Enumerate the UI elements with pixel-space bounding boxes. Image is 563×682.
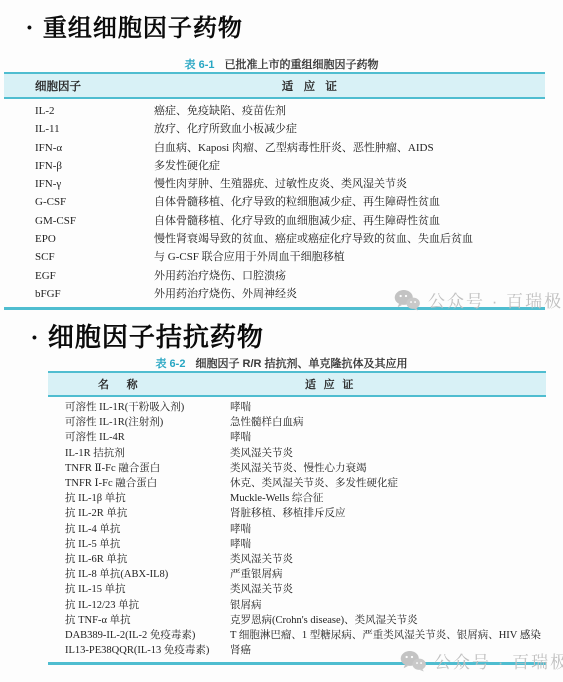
agent-name: 抗 TNF-α 单抗 xyxy=(48,613,230,628)
agent-name: 可溶性 IL-4R xyxy=(48,430,230,445)
table-cytokine-antagonists-mabs: 名称 适应证 可溶性 IL-1R(干粉吸入剂)哮喘 可溶性 IL-1R(注射剂)… xyxy=(48,371,546,665)
table2-caption-label: 表 6-2 xyxy=(155,358,185,370)
indication: 与 G-CSF 联合应用于外周血干细胞移植 xyxy=(154,248,545,266)
indication: 哮喘 xyxy=(230,522,546,537)
agent-name: 抗 IL-4 单抗 xyxy=(48,522,230,537)
indication: 外用药治疗烧伤、口腔溃疡 xyxy=(154,267,545,285)
cytokine-name: IL-2 xyxy=(4,102,154,120)
table1-caption-text: 已批准上市的重组细胞因子药物 xyxy=(224,59,378,71)
indication: 慢性肉芽肿、生殖器疣、过敏性皮炎、类风湿关节炎 xyxy=(154,175,545,193)
indication: 多发性硬化症 xyxy=(154,157,545,175)
agent-name: 可溶性 IL-1R(注射剂) xyxy=(48,415,230,430)
cytokine-name: SCF xyxy=(4,248,154,266)
watermark-text: 公众号 · 百瑞极 xyxy=(434,648,563,673)
agent-name: 抗 IL-6R 单抗 xyxy=(48,552,230,567)
table-row: EGF外用药治疗烧伤、口腔溃疡 xyxy=(4,267,545,285)
indication: 自体骨髓移植、化疗导致的血细胞减少症、再生障碍性贫血 xyxy=(154,212,545,230)
section-heading-label: 细胞因子拮抗药物 xyxy=(48,317,264,354)
table2-caption: 表 6-2细胞因子 R/R 拮抗剂、单克隆抗体及其应用 xyxy=(0,355,563,371)
wechat-icon xyxy=(394,289,420,311)
section-heading-label: 重组细胞因子药物 xyxy=(43,8,243,43)
table-row: TNFR Ⅱ-Fc 融合蛋白类风湿关节炎、慢性心力衰竭 xyxy=(48,461,546,476)
bullet-icon: • xyxy=(32,330,38,344)
table2-caption-text: 细胞因子 R/R 拮抗剂、单克隆抗体及其应用 xyxy=(195,358,407,370)
indication: 类风湿关节炎 xyxy=(230,552,546,567)
table-row: EPO慢性肾衰竭导致的贫血、癌症或癌症化疗导致的贫血、失血后贫血 xyxy=(4,230,545,248)
table-row: 抗 IL-4 单抗哮喘 xyxy=(48,522,546,537)
cytokine-name: GM-CSF xyxy=(4,212,154,230)
table1-header-row: 细胞因子 适应证 xyxy=(4,72,545,99)
table-row: 抗 IL-8 单抗(ABX-IL8)严重银屑病 xyxy=(48,567,546,582)
indication: 类风湿关节炎 xyxy=(230,446,546,461)
table-row: 抗 TNF-α 单抗克罗恩病(Crohn's disease)、类风湿关节炎 xyxy=(48,613,546,628)
cytokine-name: IFN-α xyxy=(4,139,154,157)
cytokine-name: EGF xyxy=(4,267,154,285)
cytokine-name: IL-11 xyxy=(4,120,154,138)
table-row: 抗 IL-5 单抗哮喘 xyxy=(48,537,546,552)
table2-col-header-indication: 适应证 xyxy=(175,376,491,392)
table-row: SCF与 G-CSF 联合应用于外周血干细胞移植 xyxy=(4,248,545,266)
section-heading-recombinant-cytokine-drugs: • 重组细胞因子药物 xyxy=(27,8,243,43)
agent-name: 抗 IL-12/23 单抗 xyxy=(48,598,230,613)
indication: 肾脏移植、移植排斥反应 xyxy=(230,506,546,521)
section-heading-cytokine-antagonist-drugs: • 细胞因子拮抗药物 xyxy=(32,317,264,354)
table2-header-row: 名称 适应证 xyxy=(48,371,546,397)
table-row: G-CSF自体骨髓移植、化疗导致的粒细胞减少症、再生障碍性贫血 xyxy=(4,193,545,211)
table-row: 抗 IL-15 单抗类风湿关节炎 xyxy=(48,582,546,597)
indication: 类风湿关节炎、慢性心力衰竭 xyxy=(230,461,546,476)
agent-name: IL-1R 拮抗剂 xyxy=(48,446,230,461)
table-row: IFN-α白血病、Kaposi 肉瘤、乙型病毒性肝炎、恶性肿瘤、AIDS xyxy=(4,139,545,157)
textbook-page: • 重组细胞因子药物 表 6-1已批准上市的重组细胞因子药物 细胞因子 适应证 … xyxy=(0,0,563,682)
indication: 银屑病 xyxy=(230,598,546,613)
table-row: IFN-γ慢性肉芽肿、生殖器疣、过敏性皮炎、类风湿关节炎 xyxy=(4,175,545,193)
table-row: 抗 IL-2R 单抗肾脏移植、移植排斥反应 xyxy=(48,506,546,521)
indication: 哮喘 xyxy=(230,400,546,415)
cytokine-name: IFN-γ xyxy=(4,175,154,193)
indication: 白血病、Kaposi 肉瘤、乙型病毒性肝炎、恶性肿瘤、AIDS xyxy=(154,139,545,157)
table-approved-recombinant-cytokines: 细胞因子 适应证 IL-2癌症、免疫缺陷、疫苗佐剂 IL-11放疗、化疗所致血小… xyxy=(4,72,545,310)
indication: 哮喘 xyxy=(230,537,546,552)
indication: 慢性肾衰竭导致的贫血、癌症或癌症化疗导致的贫血、失血后贫血 xyxy=(154,230,545,248)
table-row: 可溶性 IL-1R(干粉吸入剂)哮喘 xyxy=(48,400,546,415)
agent-name: 抗 IL-8 单抗(ABX-IL8) xyxy=(48,567,230,582)
agent-name: DAB389-IL-2(IL-2 免疫毒素) xyxy=(48,628,230,643)
indication: 自体骨髓移植、化疗导致的粒细胞减少症、再生障碍性贫血 xyxy=(154,193,545,211)
table1-caption-label: 表 6-1 xyxy=(185,59,215,71)
agent-name: 可溶性 IL-1R(干粉吸入剂) xyxy=(48,400,230,415)
indication: 急性髓样白血病 xyxy=(230,415,546,430)
agent-name: TNFR Ⅰ-Fc 融合蛋白 xyxy=(48,476,230,491)
watermark-text: 公众号 · 百瑞极 xyxy=(428,287,563,312)
table-row: 可溶性 IL-1R(注射剂)急性髓样白血病 xyxy=(48,415,546,430)
cytokine-name: IFN-β xyxy=(4,157,154,175)
agent-name: 抗 IL-15 单抗 xyxy=(48,582,230,597)
table1-caption: 表 6-1已批准上市的重组细胞因子药物 xyxy=(0,56,563,72)
table-row: IFN-β多发性硬化症 xyxy=(4,157,545,175)
indication: 哮喘 xyxy=(230,430,546,445)
table2-rows: 可溶性 IL-1R(干粉吸入剂)哮喘 可溶性 IL-1R(注射剂)急性髓样白血病… xyxy=(48,397,546,662)
wechat-watermark: 公众号 · 百瑞极 xyxy=(394,287,563,312)
indication: 癌症、免疫缺陷、疫苗佐剂 xyxy=(154,102,545,120)
table-row: 抗 IL-6R 单抗类风湿关节炎 xyxy=(48,552,546,567)
cytokine-name: EPO xyxy=(4,230,154,248)
table-row: 抗 IL-1β 单抗Muckle-Wells 综合征 xyxy=(48,491,546,506)
table-row: 可溶性 IL-4R哮喘 xyxy=(48,430,546,445)
cytokine-name: G-CSF xyxy=(4,193,154,211)
wechat-icon xyxy=(400,650,426,672)
indication: 类风湿关节炎 xyxy=(230,582,546,597)
table-row: DAB389-IL-2(IL-2 免疫毒素)T 细胞淋巴瘤、1 型糖尿病、严重类… xyxy=(48,628,546,643)
table-row: 抗 IL-12/23 单抗银屑病 xyxy=(48,598,546,613)
indication: T 细胞淋巴瘤、1 型糖尿病、严重类风湿关节炎、银屑病、HIV 感染 xyxy=(230,628,546,643)
table1-col-header-indication: 适应证 xyxy=(119,78,510,94)
table-row: IL-11放疗、化疗所致血小板减少症 xyxy=(4,120,545,138)
agent-name: IL13-PE38QQR(IL-13 免疫毒素) xyxy=(48,643,230,658)
table-row: GM-CSF自体骨髓移植、化疗导致的血细胞减少症、再生障碍性贫血 xyxy=(4,212,545,230)
table-row: IL-1R 拮抗剂类风湿关节炎 xyxy=(48,446,546,461)
agent-name: 抗 IL-5 单抗 xyxy=(48,537,230,552)
cytokine-name: bFGF xyxy=(4,285,154,303)
indication: 克罗恩病(Crohn's disease)、类风湿关节炎 xyxy=(230,613,546,628)
agent-name: 抗 IL-2R 单抗 xyxy=(48,506,230,521)
table1-rows: IL-2癌症、免疫缺陷、疫苗佐剂 IL-11放疗、化疗所致血小板减少症 IFN-… xyxy=(4,99,545,307)
agent-name: TNFR Ⅱ-Fc 融合蛋白 xyxy=(48,461,230,476)
indication: 休克、类风湿关节炎、多发性硬化症 xyxy=(230,476,546,491)
bullet-icon: • xyxy=(27,20,33,34)
table-row: IL-2癌症、免疫缺陷、疫苗佐剂 xyxy=(4,102,545,120)
indication: Muckle-Wells 综合征 xyxy=(230,491,546,506)
indication: 放疗、化疗所致血小板减少症 xyxy=(154,120,545,138)
table-row: TNFR Ⅰ-Fc 融合蛋白休克、类风湿关节炎、多发性硬化症 xyxy=(48,476,546,491)
agent-name: 抗 IL-1β 单抗 xyxy=(48,491,230,506)
wechat-watermark: 公众号 · 百瑞极 xyxy=(400,648,563,673)
indication: 严重银屑病 xyxy=(230,567,546,582)
